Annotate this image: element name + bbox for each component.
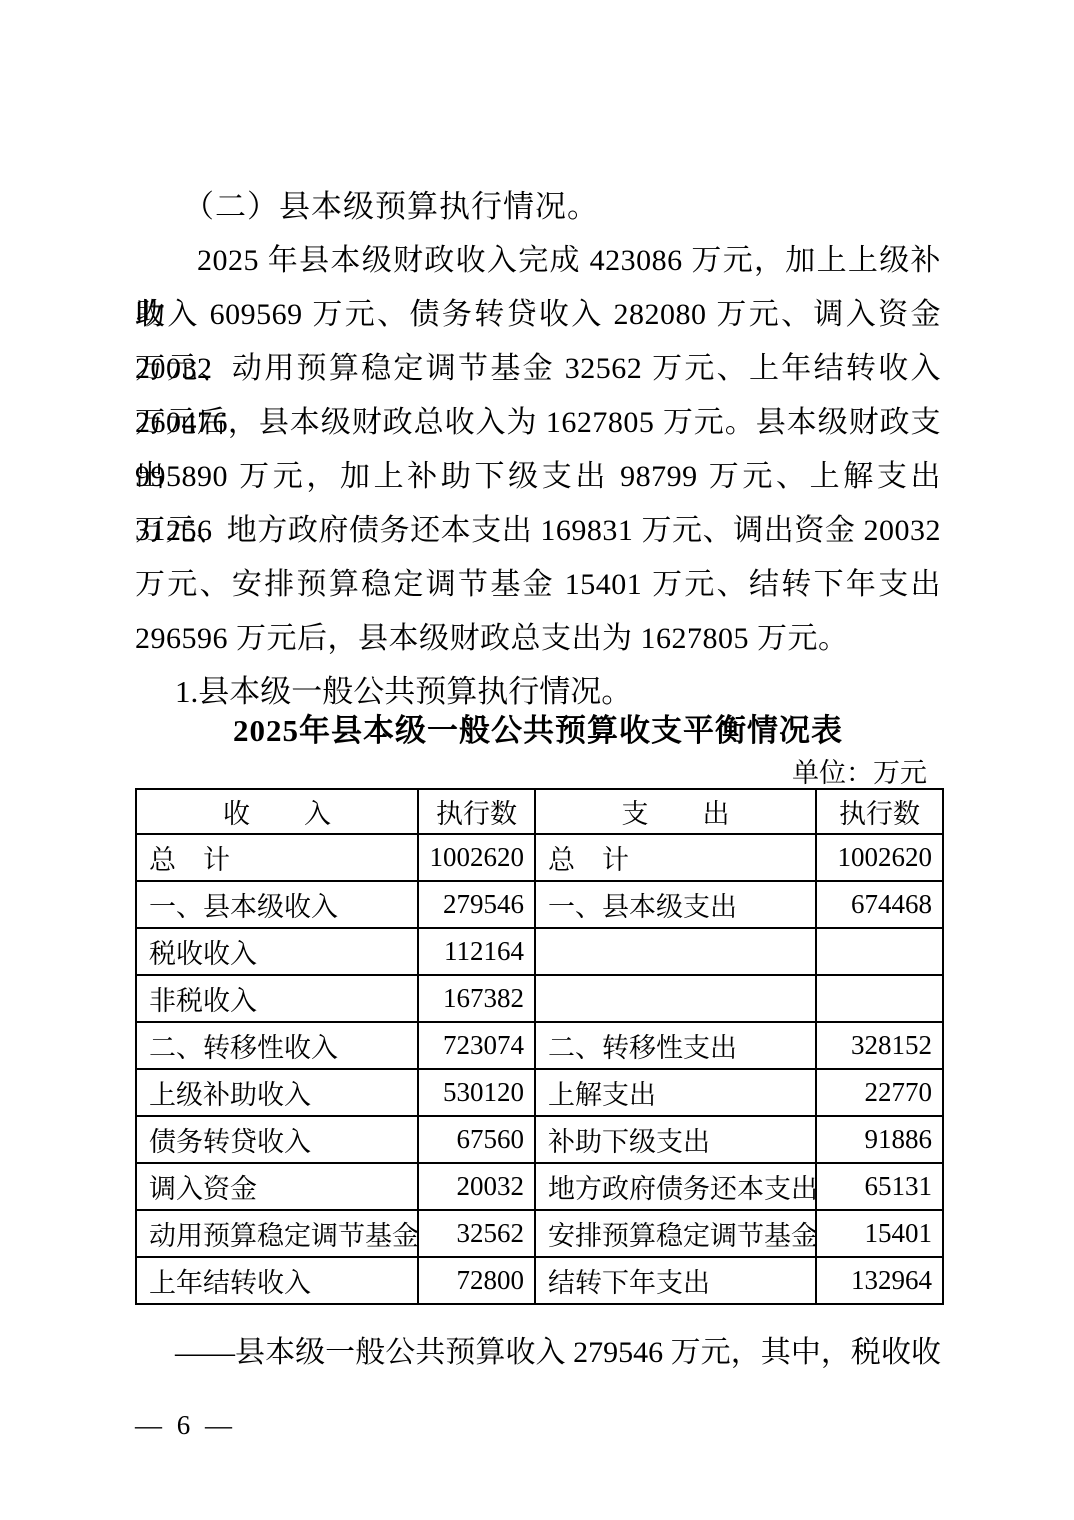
income-label: 税收收入 [136, 928, 418, 975]
paragraph-line: 万元、动用预算稳定调节基金 32562 万元、上年结转收入 260476 [135, 342, 941, 396]
income-value: 112164 [418, 928, 535, 975]
income-label: 动用预算稳定调节基金 [136, 1210, 418, 1257]
paragraph-line: 万元后，县本级财政总收入为 1627805 万元。县本级财政支出 [135, 396, 941, 450]
expense-value: 91886 [816, 1116, 943, 1163]
footer-paragraph: ——县本级一般公共预算收入 279546 万元，其中，税收收 [135, 1326, 941, 1380]
expense-value [816, 928, 943, 975]
expense-value: 674468 [816, 881, 943, 928]
paragraph-line: 995890 万元，加上补助下级支出 98799 万元、上解支出 31256 [135, 450, 941, 504]
income-value: 20032 [418, 1163, 535, 1210]
expense-label: 二、转移性支出 [535, 1022, 816, 1069]
document-page: （二）县本级预算执行情况。 2025 年县本级财政收入完成 423086 万元，… [0, 0, 1074, 1520]
col-header-income: 收 入 [136, 789, 418, 834]
income-label: 非税收入 [136, 975, 418, 1022]
income-label: 上级补助收入 [136, 1069, 418, 1116]
expense-value: 132964 [816, 1257, 943, 1304]
income-label: 调入资金 [136, 1163, 418, 1210]
expense-value: 328152 [816, 1022, 943, 1069]
income-value: 32562 [418, 1210, 535, 1257]
expense-value: 22770 [816, 1069, 943, 1116]
col-header-expense-executed: 执行数 [816, 789, 943, 834]
table-row: 总 计 1002620 总 计 1002620 [136, 834, 943, 881]
income-label: 总 计 [136, 834, 418, 881]
table-row: 上级补助收入 530120 上解支出 22770 [136, 1069, 943, 1116]
expense-value [816, 975, 943, 1022]
expense-label: 上解支出 [535, 1069, 816, 1116]
table-title: 2025年县本级一般公共预算收支平衡情况表 [135, 705, 941, 750]
expense-label [535, 975, 816, 1022]
paragraph-line: 收入 609569 万元、债务转贷收入 282080 万元、调入资金 20032 [135, 288, 941, 342]
expense-label: 一、县本级支出 [535, 881, 816, 928]
table-row: 非税收入 167382 [136, 975, 943, 1022]
paragraph-line: 万元、地方政府债务还本支出 169831 万元、调出资金 20032 [135, 504, 941, 558]
income-value: 723074 [418, 1022, 535, 1069]
expense-label: 地方政府债务还本支出 [535, 1163, 816, 1210]
table-row: 动用预算稳定调节基金 32562 安排预算稳定调节基金 15401 [136, 1210, 943, 1257]
income-label: 二、转移性收入 [136, 1022, 418, 1069]
expense-label: 总 计 [535, 834, 816, 881]
income-label: 一、县本级收入 [136, 881, 418, 928]
income-value: 1002620 [418, 834, 535, 881]
expense-label [535, 928, 816, 975]
table-row: 税收收入 112164 [136, 928, 943, 975]
expense-value: 65131 [816, 1163, 943, 1210]
expense-label: 安排预算稳定调节基金 [535, 1210, 816, 1257]
income-label: 债务转贷收入 [136, 1116, 418, 1163]
page-number: — 6 — [135, 1410, 236, 1441]
income-value: 530120 [418, 1069, 535, 1116]
col-header-income-executed: 执行数 [418, 789, 535, 834]
income-value: 72800 [418, 1257, 535, 1304]
table-row: 上年结转收入 72800 结转下年支出 132964 [136, 1257, 943, 1304]
section-heading: （二）县本级预算执行情况。 [135, 181, 941, 226]
expense-value: 15401 [816, 1210, 943, 1257]
body-paragraph: 2025 年县本级财政收入完成 423086 万元，加上上级补助 收入 6095… [135, 234, 941, 666]
income-value: 279546 [418, 881, 535, 928]
table-row: 调入资金 20032 地方政府债务还本支出 65131 [136, 1163, 943, 1210]
table-row: 二、转移性收入 723074 二、转移性支出 328152 [136, 1022, 943, 1069]
expense-value: 1002620 [816, 834, 943, 881]
expense-label: 补助下级支出 [535, 1116, 816, 1163]
income-value: 167382 [418, 975, 535, 1022]
table-row: 债务转贷收入 67560 补助下级支出 91886 [136, 1116, 943, 1163]
budget-balance-table: 收 入 执行数 支 出 执行数 总 计 1002620 总 计 1002620 … [135, 788, 944, 1305]
paragraph-line: 2025 年县本级财政收入完成 423086 万元，加上上级补助 [135, 234, 941, 288]
col-header-expense: 支 出 [535, 789, 816, 834]
income-label: 上年结转收入 [136, 1257, 418, 1304]
table-header-row: 收 入 执行数 支 出 执行数 [136, 789, 943, 834]
paragraph-line: 万元、安排预算稳定调节基金 15401 万元、结转下年支出 [135, 558, 941, 612]
table-row: 一、县本级收入 279546 一、县本级支出 674468 [136, 881, 943, 928]
expense-label: 结转下年支出 [535, 1257, 816, 1304]
income-value: 67560 [418, 1116, 535, 1163]
table-unit-label: 单位：万元 [135, 751, 941, 790]
paragraph-line: 296596 万元后，县本级财政总支出为 1627805 万元。 [135, 612, 941, 666]
